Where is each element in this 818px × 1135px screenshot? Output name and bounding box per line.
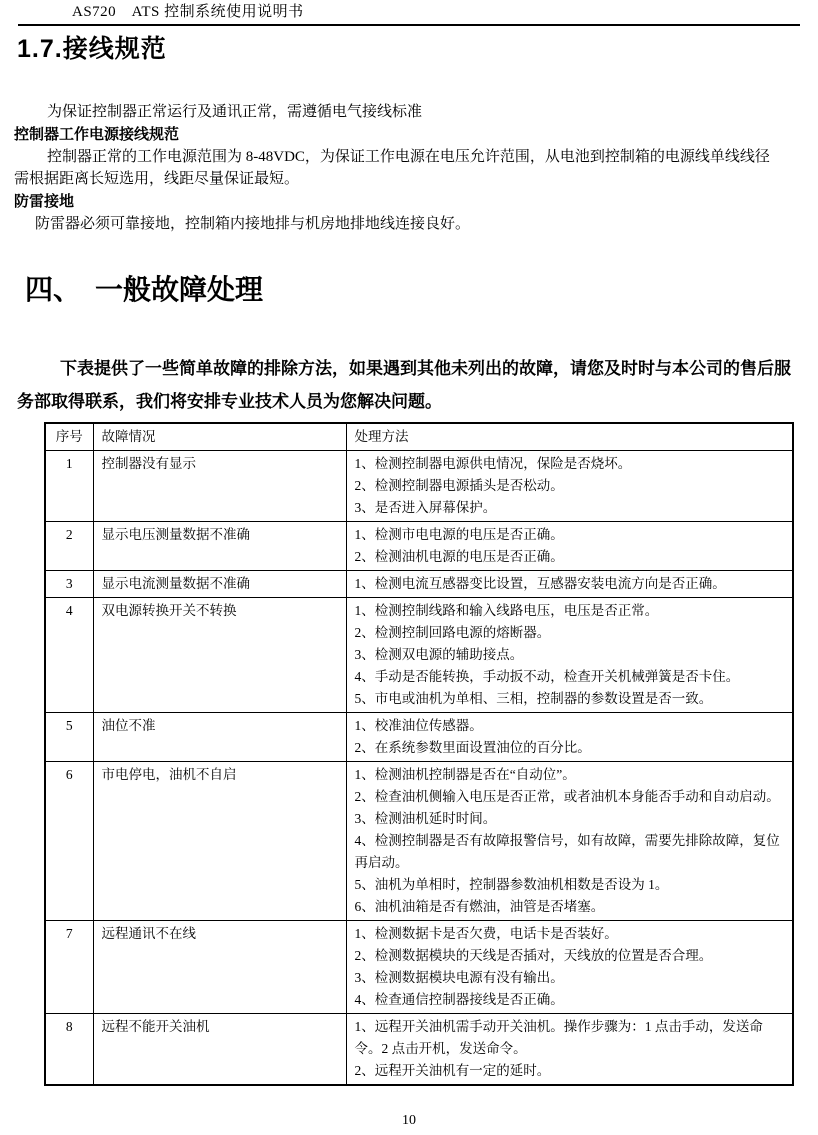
fault-cell: 油位不准 [93,713,346,762]
wiring-intro: 为保证控制器正常运行及通讯正常，需遵循电气接线标准 [14,101,784,123]
fault-cell: 控制器没有显示 [93,451,346,522]
section-4-title: 一般故障处理 [95,275,263,306]
row-number-cell: 3 [45,571,93,598]
lightning-ground-body: 防雷器必须可靠接地，控制箱内接地排与机房地排地线连接良好。 [14,213,784,235]
method-line: 1、校准油位传感器。 [355,715,785,737]
method-line: 4、手动是否能转换，手动扳不动，检查开关机械弹簧是否卡住。 [355,666,785,688]
document-page: AS720 ATS 控制系统使用说明书 1.7.接线规范 为保证控制器正常运行及… [0,0,818,1135]
fault-table: 序号 故障情况 处理方法 1控制器没有显示1、检测控制器电源供电情况，保险是否烧… [44,422,794,1086]
method-cell: 1、校准油位传感器。2、在系统参数里面设置油位的百分比。 [346,713,793,762]
lightning-ground-subheading: 防雷接地 [14,191,784,213]
section-1-7-heading: 1.7.接线规范 [17,36,818,62]
table-row: 1控制器没有显示1、检测控制器电源供电情况，保险是否烧坏。2、检测控制器电源插头… [45,451,793,522]
table-row: 7远程通讯不在线1、检测数据卡是否欠费，电话卡是否装好。2、检测数据模块的天线是… [45,921,793,1014]
col-header-fault: 故障情况 [93,423,346,451]
header-row: 序号 故障情况 处理方法 [45,423,793,451]
faults-intro: 下表提供了一些简单故障的排除方法，如果遇到其他未列出的故障，请您及时时与本公司的… [17,352,803,418]
table-row: 5油位不准1、校准油位传感器。2、在系统参数里面设置油位的百分比。 [45,713,793,762]
method-cell: 1、检测控制器电源供电情况，保险是否烧坏。2、检测控制器电源插头是否松动。3、是… [346,451,793,522]
row-number-cell: 8 [45,1014,93,1086]
method-line: 4、检测控制器是否有故障报警信号，如有故障，需要先排除故障，复位再启动。 [355,830,785,874]
method-cell: 1、检测数据卡是否欠费，电话卡是否装好。2、检测数据模块的天线是否插对，天线放的… [346,921,793,1014]
method-line: 1、检测市电电源的电压是否正确。 [355,524,785,546]
row-number-cell: 2 [45,522,93,571]
method-line: 3、检测双电源的辅助接点。 [355,644,785,666]
method-line: 1、检测控制器电源供电情况，保险是否烧坏。 [355,453,785,475]
method-line: 1、检测数据卡是否欠费，电话卡是否装好。 [355,923,785,945]
method-line: 1、远程开关油机需手动开关油机。操作步骤为：1 点击手动，发送命令。2 点击开机… [355,1016,785,1060]
method-line: 3、检测油机延时时间。 [355,808,785,830]
section-4-heading: 四、一般故障处理 [25,276,818,306]
method-line: 6、油机油箱是否有燃油，油管是否堵塞。 [355,896,785,918]
table-row: 4双电源转换开关不转换1、检测控制线路和输入线路电压，电压是否正常。2、检测控制… [45,598,793,713]
table-row: 2显示电压测量数据不准确1、检测市电电源的电压是否正确。2、检测油机电源的电压是… [45,522,793,571]
table-row: 8远程不能开关油机1、远程开关油机需手动开关油机。操作步骤为：1 点击手动，发送… [45,1014,793,1086]
method-line: 5、油机为单相时，控制器参数油机相数是否设为 1。 [355,874,785,896]
page-header: AS720 ATS 控制系统使用说明书 [18,0,800,26]
table-row: 3显示电流测量数据不准确1、检测电流互感器变比设置，互感器安装电流方向是否正确。 [45,571,793,598]
method-line: 1、检测油机控制器是否在“自动位”。 [355,764,785,786]
row-number-cell: 4 [45,598,93,713]
method-line: 2、检测控制回路电源的熔断器。 [355,622,785,644]
method-line: 2、远程开关油机有一定的延时。 [355,1060,785,1082]
method-line: 5、市电或油机为单相、三相，控制器的参数设置是否一致。 [355,688,785,710]
row-number-cell: 5 [45,713,93,762]
fault-cell: 远程不能开关油机 [93,1014,346,1086]
method-cell: 1、检测控制线路和输入线路电压，电压是否正常。2、检测控制回路电源的熔断器。3、… [346,598,793,713]
page-number: 10 [402,1113,416,1128]
method-line: 4、检查通信控制器接线是否正确。 [355,989,785,1011]
header-title: AS720 ATS 控制系统使用说明书 [72,4,304,20]
method-line: 2、检查油机侧输入电压是否正常，或者油机本身能否手动和自动启动。 [355,786,785,808]
table-row: 6市电停电，油机不自启1、检测油机控制器是否在“自动位”。2、检查油机侧输入电压… [45,762,793,921]
method-line: 2、在系统参数里面设置油位的百分比。 [355,737,785,759]
method-line: 2、检测数据模块的天线是否插对，天线放的位置是否合理。 [355,945,785,967]
fault-cell: 显示电流测量数据不准确 [93,571,346,598]
method-cell: 1、检测油机控制器是否在“自动位”。2、检查油机侧输入电压是否正常，或者油机本身… [346,762,793,921]
power-wiring-body: 控制器正常的工作电源范围为 8-48VDC，为保证工作电源在电压允许范围，从电池… [14,146,784,190]
col-header-no: 序号 [45,423,93,451]
method-line: 2、检测控制器电源插头是否松动。 [355,475,785,497]
fault-cell: 远程通讯不在线 [93,921,346,1014]
method-line: 1、检测控制线路和输入线路电压，电压是否正常。 [355,600,785,622]
row-number-cell: 6 [45,762,93,921]
method-cell: 1、检测市电电源的电压是否正确。2、检测油机电源的电压是否正确。 [346,522,793,571]
fault-cell: 双电源转换开关不转换 [93,598,346,713]
section-4-number: 四、 [25,276,81,306]
method-cell: 1、检测电流互感器变比设置，互感器安装电流方向是否正确。 [346,571,793,598]
col-header-method: 处理方法 [346,423,793,451]
power-wiring-subheading: 控制器工作电源接线规范 [14,124,784,146]
fault-table-header: 序号 故障情况 处理方法 [45,423,793,451]
row-number-cell: 1 [45,451,93,522]
method-line: 3、检测数据模块电源有没有输出。 [355,967,785,989]
method-cell: 1、远程开关油机需手动开关油机。操作步骤为：1 点击手动，发送命令。2 点击开机… [346,1014,793,1086]
fault-cell: 显示电压测量数据不准确 [93,522,346,571]
row-number-cell: 7 [45,921,93,1014]
fault-table-body: 1控制器没有显示1、检测控制器电源供电情况，保险是否烧坏。2、检测控制器电源插头… [45,451,793,1086]
page-footer: 10 [0,1113,818,1129]
method-line: 1、检测电流互感器变比设置，互感器安装电流方向是否正确。 [355,573,785,595]
fault-cell: 市电停电，油机不自启 [93,762,346,921]
method-line: 3、是否进入屏幕保护。 [355,497,785,519]
method-line: 2、检测油机电源的电压是否正确。 [355,546,785,568]
